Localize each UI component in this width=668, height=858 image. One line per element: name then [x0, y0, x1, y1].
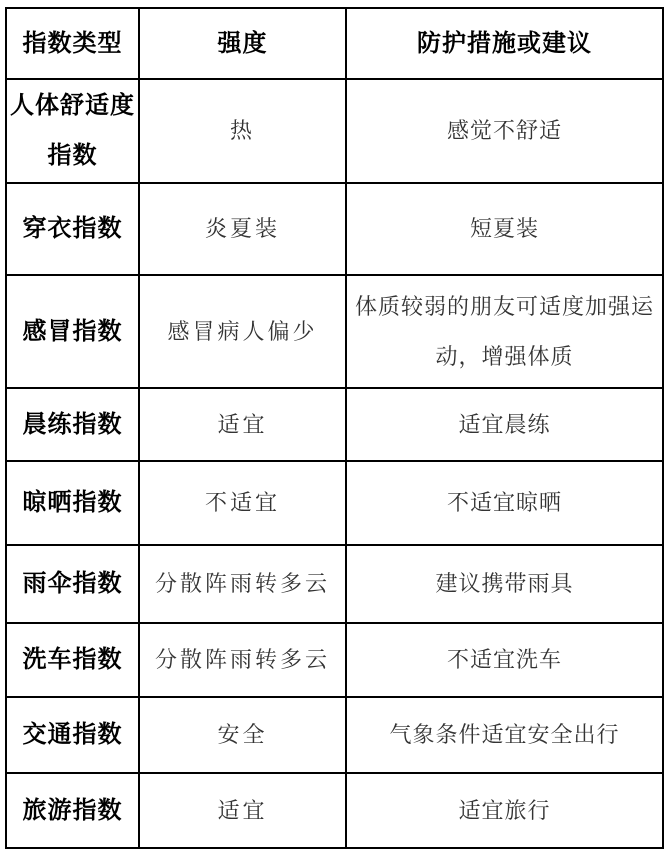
cell-index-type: 晨练指数	[6, 388, 139, 461]
cell-strength: 适宜	[139, 388, 346, 461]
cell-advice: 适宜旅行	[346, 773, 663, 848]
cell-index-type: 交通指数	[6, 697, 139, 773]
cell-strength: 感冒病人偏少	[139, 275, 346, 388]
table-row: 人体舒适度指数 热 感觉不舒适	[6, 79, 663, 183]
table-row: 晾晒指数 不适宜 不适宜晾晒	[6, 461, 663, 545]
cell-advice: 气象条件适宜安全出行	[346, 697, 663, 773]
weather-index-table: 指数类型 强度 防护措施或建议 人体舒适度指数 热 感觉不舒适 穿衣指数 炎夏装…	[5, 7, 664, 849]
cell-strength: 适宜	[139, 773, 346, 848]
cell-advice: 感觉不舒适	[346, 79, 663, 183]
cell-strength: 不适宜	[139, 461, 346, 545]
table-row: 雨伞指数 分散阵雨转多云 建议携带雨具	[6, 545, 663, 623]
column-header-index-type: 指数类型	[6, 8, 139, 79]
cell-strength: 分散阵雨转多云	[139, 623, 346, 697]
table-row: 交通指数 安全 气象条件适宜安全出行	[6, 697, 663, 773]
column-header-strength: 强度	[139, 8, 346, 79]
cell-strength: 分散阵雨转多云	[139, 545, 346, 623]
cell-strength: 安全	[139, 697, 346, 773]
cell-advice: 不适宜洗车	[346, 623, 663, 697]
document-page: 指数类型 强度 防护措施或建议 人体舒适度指数 热 感觉不舒适 穿衣指数 炎夏装…	[0, 0, 668, 858]
cell-advice: 短夏装	[346, 183, 663, 275]
cell-advice: 适宜晨练	[346, 388, 663, 461]
cell-index-type: 感冒指数	[6, 275, 139, 388]
cell-index-type: 洗车指数	[6, 623, 139, 697]
cell-index-type: 旅游指数	[6, 773, 139, 848]
cell-advice: 不适宜晾晒	[346, 461, 663, 545]
cell-advice: 建议携带雨具	[346, 545, 663, 623]
table-row: 穿衣指数 炎夏装 短夏装	[6, 183, 663, 275]
cell-index-type: 人体舒适度指数	[6, 79, 139, 183]
table-row: 感冒指数 感冒病人偏少 体质较弱的朋友可适度加强运动，增强体质	[6, 275, 663, 388]
cell-index-type: 穿衣指数	[6, 183, 139, 275]
cell-index-type: 晾晒指数	[6, 461, 139, 545]
table-row: 洗车指数 分散阵雨转多云 不适宜洗车	[6, 623, 663, 697]
cell-advice: 体质较弱的朋友可适度加强运动，增强体质	[346, 275, 663, 388]
column-header-advice: 防护措施或建议	[346, 8, 663, 79]
cell-index-type: 雨伞指数	[6, 545, 139, 623]
cell-strength: 热	[139, 79, 346, 183]
table-row: 旅游指数 适宜 适宜旅行	[6, 773, 663, 848]
cell-strength: 炎夏装	[139, 183, 346, 275]
table-header-row: 指数类型 强度 防护措施或建议	[6, 8, 663, 79]
table-row: 晨练指数 适宜 适宜晨练	[6, 388, 663, 461]
